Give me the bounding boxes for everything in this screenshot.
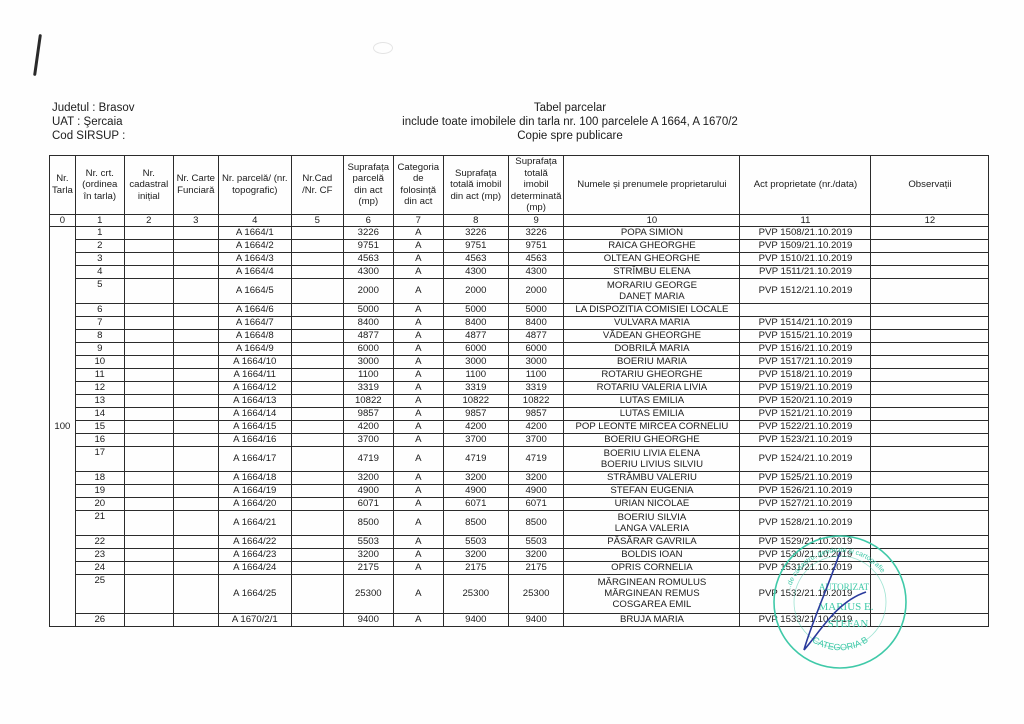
suprafata-determinata-cell: 4877 — [508, 329, 564, 342]
suprafata-determinata-cell: 3700 — [508, 433, 564, 446]
column-header-12: Observații — [871, 156, 989, 215]
carte-funciara-cell — [173, 407, 218, 420]
categoria-cell: A — [393, 613, 443, 626]
parcela-cell: A 1664/10 — [218, 355, 291, 368]
nr-cad-cf-cell — [291, 535, 343, 548]
owner-name: POPA SIMION — [566, 227, 737, 238]
observatii-cell — [871, 497, 989, 510]
act-proprietate-cell: PVP 1529/21.10.2019 — [740, 535, 871, 548]
parcela-cell: A 1664/8 — [218, 329, 291, 342]
owner-name: LUTAS EMILIA — [566, 408, 737, 419]
suprafata-totala-act-cell: 5503 — [443, 535, 508, 548]
owner-name: BOERIU GHEORGHE — [566, 434, 737, 445]
owner-cell: VĂDEAN GHEORGHE — [564, 329, 740, 342]
cadastral-initial-cell — [124, 433, 173, 446]
column-header-11: Act proprietate (nr./data) — [740, 156, 871, 215]
column-header-6: Suprafața parcelă din act (mp) — [343, 156, 393, 215]
nr-crt-cell: 26 — [75, 613, 124, 626]
nr-crt-cell: 15 — [75, 420, 124, 433]
table-row: 15A 1664/154200A42004200POP LEONTE MIRCE… — [50, 420, 989, 433]
cadastral-initial-cell — [124, 394, 173, 407]
suprafata-totala-act-cell: 3200 — [443, 471, 508, 484]
owner-name: OPRIS CORNELIA — [566, 562, 737, 573]
categoria-cell: A — [393, 561, 443, 574]
suprafata-parcela-cell: 3200 — [343, 471, 393, 484]
suprafata-determinata-cell: 4200 — [508, 420, 564, 433]
categoria-cell: A — [393, 329, 443, 342]
suprafata-totala-act-cell: 4300 — [443, 265, 508, 278]
owner-cell: POP LEONTE MIRCEA CORNELIU — [564, 420, 740, 433]
act-proprietate-cell: PVP 1525/21.10.2019 — [740, 471, 871, 484]
nr-crt-cell: 13 — [75, 394, 124, 407]
nr-cad-cf-cell — [291, 381, 343, 394]
nr-crt-cell: 20 — [75, 497, 124, 510]
carte-funciara-cell — [173, 561, 218, 574]
owner-cell: STRÎMBU ELENA — [564, 265, 740, 278]
cadastral-initial-cell — [124, 252, 173, 265]
table-row: 19A 1664/194900A49004900STEFAN EUGENIAPV… — [50, 484, 989, 497]
table-row: 22A 1664/225503A55035503PĂSĂRAR GAVRILAP… — [50, 535, 989, 548]
act-proprietate-cell: PVP 1524/21.10.2019 — [740, 446, 871, 471]
parcela-cell: A 1664/24 — [218, 561, 291, 574]
nr-cad-cf-cell — [291, 368, 343, 381]
suprafata-totala-act-cell: 3000 — [443, 355, 508, 368]
categoria-cell: A — [393, 420, 443, 433]
act-proprietate-cell: PVP 1530/21.10.2019 — [740, 548, 871, 561]
owner-name: BOERIU MARIA — [566, 356, 737, 367]
column-index-5: 5 — [291, 214, 343, 226]
categoria-cell: A — [393, 497, 443, 510]
observatii-cell — [871, 239, 989, 252]
parcela-cell: A 1664/14 — [218, 407, 291, 420]
nr-cad-cf-cell — [291, 239, 343, 252]
table-row: 12A 1664/123319A33193319ROTARIU VALERIA … — [50, 381, 989, 394]
owner-cell: POPA SIMION — [564, 226, 740, 239]
parcela-cell: A 1664/9 — [218, 342, 291, 355]
carte-funciara-cell — [173, 510, 218, 535]
column-index-1: 1 — [75, 214, 124, 226]
nr-crt-cell: 6 — [75, 303, 124, 316]
categoria-cell: A — [393, 252, 443, 265]
suprafata-determinata-cell: 3000 — [508, 355, 564, 368]
categoria-cell: A — [393, 239, 443, 252]
suprafata-parcela-cell: 4719 — [343, 446, 393, 471]
nr-cad-cf-cell — [291, 484, 343, 497]
categoria-cell: A — [393, 394, 443, 407]
carte-funciara-cell — [173, 355, 218, 368]
nr-crt-cell: 10 — [75, 355, 124, 368]
title-line-3: Copie spre publicare — [380, 129, 760, 143]
parcela-cell: A 1664/2 — [218, 239, 291, 252]
suprafata-determinata-cell: 3319 — [508, 381, 564, 394]
cadastral-initial-cell — [124, 226, 173, 239]
owner-name: LA DISPOZITIA COMISIEI LOCALE — [566, 304, 737, 315]
owner-cell: BOERIU LIVIA ELENABOERIU LIVIUS SILVIU — [564, 446, 740, 471]
act-proprietate-cell — [740, 303, 871, 316]
nr-cad-cf-cell — [291, 226, 343, 239]
table-row: 16A 1664/163700A37003700BOERIU GHEORGHEP… — [50, 433, 989, 446]
nr-cad-cf-cell — [291, 420, 343, 433]
carte-funciara-cell — [173, 613, 218, 626]
title-line-1: Tabel parcelar — [380, 101, 760, 115]
nr-crt-cell: 25 — [75, 574, 124, 613]
observatii-cell — [871, 342, 989, 355]
cadastral-initial-cell — [124, 342, 173, 355]
carte-funciara-cell — [173, 265, 218, 278]
title-line-2: include toate imobilele din tarla nr. 10… — [380, 115, 760, 129]
nr-cad-cf-cell — [291, 316, 343, 329]
cadastral-initial-cell — [124, 548, 173, 561]
act-proprietate-cell: PVP 1533/21.10.2019 — [740, 613, 871, 626]
owner-name: STRÎMBU ELENA — [566, 266, 737, 277]
suprafata-totala-act-cell: 3319 — [443, 381, 508, 394]
suprafata-determinata-cell: 10822 — [508, 394, 564, 407]
suprafata-parcela-cell: 9857 — [343, 407, 393, 420]
nr-crt-cell: 16 — [75, 433, 124, 446]
suprafata-determinata-cell: 1100 — [508, 368, 564, 381]
suprafata-totala-act-cell: 10822 — [443, 394, 508, 407]
parcela-cell: A 1664/12 — [218, 381, 291, 394]
suprafata-determinata-cell: 25300 — [508, 574, 564, 613]
owner-name: COSGAREA EMIL — [566, 599, 737, 610]
column-index-row: 0123456789101112 — [50, 214, 989, 226]
owner-cell: BRUJA MARIA — [564, 613, 740, 626]
owner-cell: OLTEAN GHEORGHE — [564, 252, 740, 265]
act-proprietate-cell: PVP 1517/21.10.2019 — [740, 355, 871, 368]
owner-cell: VULVARA MARIA — [564, 316, 740, 329]
column-header-8: Suprafața totală imobil din act (mp) — [443, 156, 508, 215]
suprafata-totala-act-cell: 9400 — [443, 613, 508, 626]
parcela-cell: A 1664/15 — [218, 420, 291, 433]
categoria-cell: A — [393, 381, 443, 394]
cadastral-initial-cell — [124, 303, 173, 316]
owner-name: MĂRGINEAN ROMULUS — [566, 577, 737, 588]
carte-funciara-cell — [173, 420, 218, 433]
owner-cell: BOERIU GHEORGHE — [564, 433, 740, 446]
suprafata-parcela-cell: 5503 — [343, 535, 393, 548]
parcela-cell: A 1664/21 — [218, 510, 291, 535]
categoria-cell: A — [393, 433, 443, 446]
carte-funciara-cell — [173, 316, 218, 329]
owner-name: POP LEONTE MIRCEA CORNELIU — [566, 421, 737, 432]
table-row: 17A 1664/174719A47194719BOERIU LIVIA ELE… — [50, 446, 989, 471]
carte-funciara-cell — [173, 329, 218, 342]
owner-name: BOLDIS IOAN — [566, 549, 737, 560]
nr-crt-cell: 19 — [75, 484, 124, 497]
nr-crt-cell: 9 — [75, 342, 124, 355]
owner-cell: MORARIU GEORGEDANEȚ MARIA — [564, 278, 740, 303]
observatii-cell — [871, 548, 989, 561]
act-proprietate-cell: PVP 1526/21.10.2019 — [740, 484, 871, 497]
categoria-cell: A — [393, 471, 443, 484]
nr-cad-cf-cell — [291, 329, 343, 342]
table-row: 10A 1664/103000A30003000BOERIU MARIAPVP … — [50, 355, 989, 368]
carte-funciara-cell — [173, 548, 218, 561]
observatii-cell — [871, 355, 989, 368]
parcela-cell: A 1664/6 — [218, 303, 291, 316]
suprafata-totala-act-cell: 25300 — [443, 574, 508, 613]
nr-crt-cell: 17 — [75, 446, 124, 471]
tarla-cell: 100 — [50, 226, 76, 626]
act-proprietate-cell: PVP 1520/21.10.2019 — [740, 394, 871, 407]
suprafata-parcela-cell: 3226 — [343, 226, 393, 239]
parcela-cell: A 1664/11 — [218, 368, 291, 381]
nr-cad-cf-cell — [291, 265, 343, 278]
carte-funciara-cell — [173, 381, 218, 394]
categoria-cell: A — [393, 303, 443, 316]
cadastral-initial-cell — [124, 497, 173, 510]
nr-crt-cell: 7 — [75, 316, 124, 329]
owner-name: MĂRGINEAN REMUS — [566, 588, 737, 599]
act-proprietate-cell: PVP 1519/21.10.2019 — [740, 381, 871, 394]
table-row: 6A 1664/65000A50005000LA DISPOZITIA COMI… — [50, 303, 989, 316]
table-row: 8A 1664/84877A48774877VĂDEAN GHEORGHEPVP… — [50, 329, 989, 342]
owner-name: BOERIU SILVIA — [566, 512, 737, 523]
carte-funciara-cell — [173, 226, 218, 239]
parcela-cell: A 1664/4 — [218, 265, 291, 278]
owner-name: MORARIU GEORGE — [566, 280, 737, 291]
nr-crt-cell: 23 — [75, 548, 124, 561]
parcela-cell: A 1664/20 — [218, 497, 291, 510]
parcela-cell: A 1664/25 — [218, 574, 291, 613]
observatii-cell — [871, 561, 989, 574]
owner-cell: LA DISPOZITIA COMISIEI LOCALE — [564, 303, 740, 316]
parcela-cell: A 1664/1 — [218, 226, 291, 239]
owner-cell: LUTAS EMILIA — [564, 394, 740, 407]
column-header-2: Nr. cadastral inițial — [124, 156, 173, 215]
nr-crt-cell: 12 — [75, 381, 124, 394]
owner-cell: ROTARIU GHEORGHE — [564, 368, 740, 381]
owner-name: OLTEAN GHEORGHE — [566, 253, 737, 264]
cadastral-initial-cell — [124, 381, 173, 394]
owner-cell: URIAN NICOLAE — [564, 497, 740, 510]
cadastral-initial-cell — [124, 329, 173, 342]
nr-cad-cf-cell — [291, 548, 343, 561]
document-meta: Judetul : Brasov UAT : Şercaia Cod SIRSU… — [52, 101, 134, 143]
act-proprietate-cell: PVP 1532/21.10.2019 — [740, 574, 871, 613]
parcela-cell: A 1664/16 — [218, 433, 291, 446]
column-header-0: Nr. Tarla — [50, 156, 76, 215]
cadastral-initial-cell — [124, 265, 173, 278]
suprafata-parcela-cell: 10822 — [343, 394, 393, 407]
nr-cad-cf-cell — [291, 613, 343, 626]
suprafata-totala-act-cell: 3700 — [443, 433, 508, 446]
suprafata-totala-act-cell: 4900 — [443, 484, 508, 497]
column-header-3: Nr. Carte Funciară — [173, 156, 218, 215]
nr-crt-cell: 4 — [75, 265, 124, 278]
nr-crt-cell: 22 — [75, 535, 124, 548]
nr-crt-cell: 8 — [75, 329, 124, 342]
nr-cad-cf-cell — [291, 355, 343, 368]
nr-crt-cell: 1 — [75, 226, 124, 239]
cadastral-initial-cell — [124, 420, 173, 433]
nr-cad-cf-cell — [291, 407, 343, 420]
judet-label: Judetul : Brasov — [52, 101, 134, 115]
suprafata-determinata-cell: 3200 — [508, 548, 564, 561]
suprafata-totala-act-cell: 6000 — [443, 342, 508, 355]
observatii-cell — [871, 252, 989, 265]
act-proprietate-cell: PVP 1511/21.10.2019 — [740, 265, 871, 278]
table-row: 3A 1664/34563A45634563OLTEAN GHEORGHEPVP… — [50, 252, 989, 265]
owner-name: LANGA VALERIA — [566, 523, 737, 534]
nr-crt-cell: 2 — [75, 239, 124, 252]
owner-name: DANEȚ MARIA — [566, 291, 737, 302]
cadastral-initial-cell — [124, 368, 173, 381]
table-row: 7A 1664/78400A84008400VULVARA MARIAPVP 1… — [50, 316, 989, 329]
column-index-4: 4 — [218, 214, 291, 226]
suprafata-totala-act-cell: 8500 — [443, 510, 508, 535]
act-proprietate-cell: PVP 1523/21.10.2019 — [740, 433, 871, 446]
owner-name: PĂSĂRAR GAVRILA — [566, 536, 737, 547]
observatii-cell — [871, 265, 989, 278]
suprafata-parcela-cell: 3319 — [343, 381, 393, 394]
owner-cell: BOLDIS IOAN — [564, 548, 740, 561]
suprafata-parcela-cell: 6000 — [343, 342, 393, 355]
act-proprietate-cell: PVP 1509/21.10.2019 — [740, 239, 871, 252]
suprafata-totala-act-cell: 3226 — [443, 226, 508, 239]
suprafata-determinata-cell: 6000 — [508, 342, 564, 355]
parcela-cell: A 1664/17 — [218, 446, 291, 471]
suprafata-parcela-cell: 8500 — [343, 510, 393, 535]
cadastral-initial-cell — [124, 407, 173, 420]
suprafata-determinata-cell: 3200 — [508, 471, 564, 484]
parcela-cell: A 1664/18 — [218, 471, 291, 484]
parcela-cell: A 1664/5 — [218, 278, 291, 303]
owner-name: ROTARIU GHEORGHE — [566, 369, 737, 380]
table-row: 2A 1664/29751A97519751RAICA GHEORGHEPVP … — [50, 239, 989, 252]
categoria-cell: A — [393, 535, 443, 548]
suprafata-determinata-cell: 4900 — [508, 484, 564, 497]
owner-name: URIAN NICOLAE — [566, 498, 737, 509]
cadastral-initial-cell — [124, 613, 173, 626]
carte-funciara-cell — [173, 303, 218, 316]
sirsup-label: Cod SIRSUP : — [52, 129, 134, 143]
nr-cad-cf-cell — [291, 303, 343, 316]
owner-name: DOBRILĂ MARIA — [566, 343, 737, 354]
svg-text:CATEGORIA B: CATEGORIA B — [811, 634, 870, 652]
owner-name: BOERIU LIVIUS SILVIU — [566, 459, 737, 470]
carte-funciara-cell — [173, 535, 218, 548]
owner-name: VĂDEAN GHEORGHE — [566, 330, 737, 341]
suprafata-parcela-cell: 9751 — [343, 239, 393, 252]
suprafata-parcela-cell: 4300 — [343, 265, 393, 278]
nr-cad-cf-cell — [291, 561, 343, 574]
nr-cad-cf-cell — [291, 497, 343, 510]
cadastral-initial-cell — [124, 484, 173, 497]
owner-name: RAICA GHEORGHE — [566, 240, 737, 251]
suprafata-parcela-cell: 3700 — [343, 433, 393, 446]
categoria-cell: A — [393, 484, 443, 497]
column-header-9: Suprafața totală imobil determinată (mp) — [508, 156, 564, 215]
column-header-1: Nr. crt. (ordinea în tarla) — [75, 156, 124, 215]
cadastral-initial-cell — [124, 239, 173, 252]
nr-crt-cell: 11 — [75, 368, 124, 381]
suprafata-totala-act-cell: 4200 — [443, 420, 508, 433]
nr-cad-cf-cell — [291, 252, 343, 265]
categoria-cell: A — [393, 355, 443, 368]
act-proprietate-cell: PVP 1531/21.10.2019 — [740, 561, 871, 574]
suprafata-totala-act-cell: 4563 — [443, 252, 508, 265]
suprafata-parcela-cell: 3200 — [343, 548, 393, 561]
column-header-10: Numele și prenumele proprietarului — [564, 156, 740, 215]
table-row: 23A 1664/233200A32003200BOLDIS IOANPVP 1… — [50, 548, 989, 561]
suprafata-parcela-cell: 25300 — [343, 574, 393, 613]
cadastral-initial-cell — [124, 278, 173, 303]
parcela-cell: A 1664/7 — [218, 316, 291, 329]
nr-cad-cf-cell — [291, 394, 343, 407]
observatii-cell — [871, 278, 989, 303]
parcel-table: Nr. TarlaNr. crt. (ordinea în tarla)Nr. … — [49, 155, 989, 627]
suprafata-determinata-cell: 5503 — [508, 535, 564, 548]
suprafata-determinata-cell: 4719 — [508, 446, 564, 471]
parcela-cell: A 1670/2/1 — [218, 613, 291, 626]
column-header-7: Categoria de folosință din act — [393, 156, 443, 215]
column-index-10: 10 — [564, 214, 740, 226]
column-index-9: 9 — [508, 214, 564, 226]
owner-cell: DOBRILĂ MARIA — [564, 342, 740, 355]
suprafata-totala-act-cell: 2000 — [443, 278, 508, 303]
observatii-cell — [871, 535, 989, 548]
owner-name: STEFAN EUGENIA — [566, 485, 737, 496]
carte-funciara-cell — [173, 252, 218, 265]
document-title: Tabel parcelar include toate imobilele d… — [380, 101, 760, 143]
observatii-cell — [871, 394, 989, 407]
suprafata-totala-act-cell: 8400 — [443, 316, 508, 329]
observatii-cell — [871, 471, 989, 484]
suprafata-parcela-cell: 5000 — [343, 303, 393, 316]
parcela-cell: A 1664/3 — [218, 252, 291, 265]
carte-funciara-cell — [173, 497, 218, 510]
parcela-cell: A 1664/23 — [218, 548, 291, 561]
suprafata-determinata-cell: 6071 — [508, 497, 564, 510]
suprafata-parcela-cell: 1100 — [343, 368, 393, 381]
suprafata-totala-act-cell: 3200 — [443, 548, 508, 561]
suprafata-determinata-cell: 2175 — [508, 561, 564, 574]
observatii-cell — [871, 446, 989, 471]
suprafata-totala-act-cell: 4877 — [443, 329, 508, 342]
categoria-cell: A — [393, 574, 443, 613]
observatii-cell — [871, 368, 989, 381]
carte-funciara-cell — [173, 433, 218, 446]
nr-cad-cf-cell — [291, 471, 343, 484]
observatii-cell — [871, 407, 989, 420]
suprafata-determinata-cell: 9751 — [508, 239, 564, 252]
categoria-cell: A — [393, 368, 443, 381]
suprafata-totala-act-cell: 6071 — [443, 497, 508, 510]
suprafata-parcela-cell: 8400 — [343, 316, 393, 329]
suprafata-determinata-cell: 8400 — [508, 316, 564, 329]
act-proprietate-cell: PVP 1521/21.10.2019 — [740, 407, 871, 420]
act-proprietate-cell: PVP 1528/21.10.2019 — [740, 510, 871, 535]
owner-cell: RAICA GHEORGHE — [564, 239, 740, 252]
nr-cad-cf-cell — [291, 574, 343, 613]
categoria-cell: A — [393, 446, 443, 471]
cadastral-initial-cell — [124, 355, 173, 368]
observatii-cell — [871, 316, 989, 329]
column-index-0: 0 — [50, 214, 76, 226]
column-index-12: 12 — [871, 214, 989, 226]
suprafata-totala-act-cell: 9751 — [443, 239, 508, 252]
suprafata-parcela-cell: 2000 — [343, 278, 393, 303]
suprafata-totala-act-cell: 9857 — [443, 407, 508, 420]
categoria-cell: A — [393, 342, 443, 355]
scan-artifact — [373, 42, 393, 54]
owner-name: ROTARIU VALERIA LIVIA — [566, 382, 737, 393]
categoria-cell: A — [393, 510, 443, 535]
carte-funciara-cell — [173, 368, 218, 381]
observatii-cell — [871, 420, 989, 433]
nr-cad-cf-cell — [291, 278, 343, 303]
